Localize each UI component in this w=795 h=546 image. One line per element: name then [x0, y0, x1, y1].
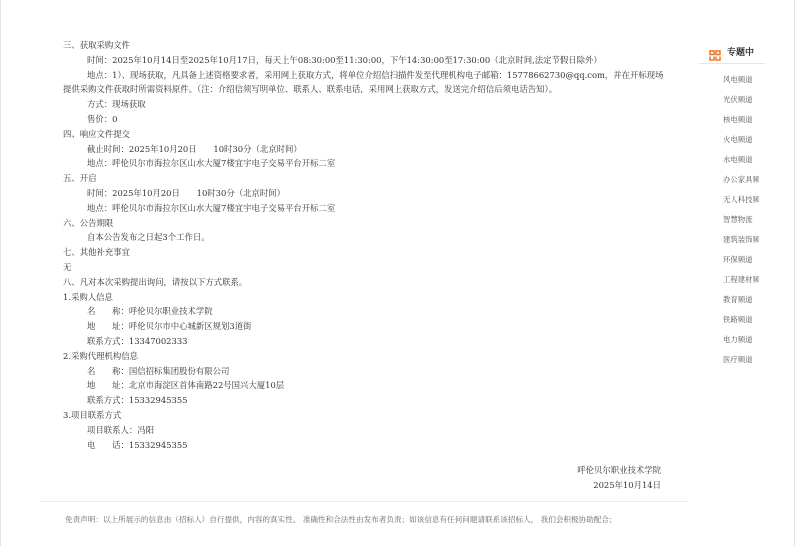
buyer-address: 地 址：呼伦贝尔市中心城新区规划3道街 — [63, 319, 667, 334]
sidebar-item-building-materials[interactable]: 工程建材频道 — [723, 275, 759, 295]
sidebar-item-hydro[interactable]: 水电频道 — [723, 155, 759, 175]
sidebar-item-office-furniture[interactable]: 办公家具频道 — [723, 175, 759, 195]
sidebar-item-wind[interactable]: 风电频道 — [723, 75, 759, 95]
sidebar-item-thermal[interactable]: 火电频道 — [723, 135, 759, 155]
sidebar-item-medical[interactable]: 医疗频道 — [723, 355, 759, 375]
sidebar-item-unmanned-tech[interactable]: 无人科技频道 — [723, 195, 759, 215]
sidebar-item-power[interactable]: 电力频道 — [723, 335, 759, 355]
project-phone: 电 话：15332945355 — [63, 438, 667, 453]
buyer-name: 名 称：呼伦贝尔职业技术学院 — [63, 304, 667, 319]
s4-deadline: 截止时间：2025年10月20日 10时30分（北京时间） — [63, 142, 667, 157]
s6-text: 自本公告发布之日起3个工作日。 — [63, 230, 667, 245]
agent-name: 名 称：国信招标集团股份有限公司 — [63, 364, 667, 379]
s3-price: 售价：0 — [63, 112, 667, 127]
sidebar-title: 专题中 — [727, 45, 754, 58]
sidebar-item-smart-logistics[interactable]: 智慧物流 — [723, 215, 759, 235]
announcement-body: 三、获取采购文件 时间：2025年10月14日至2025年10月17日，每天上午… — [63, 38, 667, 452]
project-contact-title: 3.项目联系方式 — [63, 408, 667, 423]
section-8-title: 八、凡对本次采购提出询问，请按以下方式联系。 — [63, 275, 667, 290]
agent-info-title: 2.采购代理机构信息 — [63, 349, 667, 364]
signature-block: 呼伦贝尔职业技术学院 2025年10月14日 — [577, 463, 661, 492]
s3-time: 时间：2025年10月14日至2025年10月17日，每天上午08:30:00至… — [63, 53, 667, 68]
section-4-title: 四、响应文件提交 — [63, 127, 667, 142]
sidebar-item-environmental[interactable]: 环保频道 — [723, 255, 759, 275]
footer-divider — [39, 501, 689, 502]
sidebar-item-building-decoration[interactable]: 建筑装饰频道 — [723, 235, 759, 255]
disclaimer-text: 免责声明：以上所展示的信息由（招标人）自行提供，内容的真实性、 准确性和合法性由… — [65, 514, 617, 525]
s3-place: 地点：1）、现场获取，凡具备上述资格要求者，采用网上获取方式，将单位介绍信扫描件… — [63, 68, 667, 98]
sidebar-header: 专题中 — [699, 40, 765, 64]
agent-contact: 联系方式：15332945355 — [63, 393, 667, 408]
signature-date: 2025年10月14日 — [577, 478, 661, 493]
s4-place: 地点：呼伦贝尔市海拉尔区山水大厦7楼宜宇电子交易平台开标二室 — [63, 156, 667, 171]
sidebar-item-railway[interactable]: 铁路频道 — [723, 315, 759, 335]
section-5-title: 五、开启 — [63, 171, 667, 186]
project-person: 项目联系人：冯阳 — [63, 423, 667, 438]
sidebar-item-education[interactable]: 教育频道 — [723, 295, 759, 315]
sidebar-item-nuclear[interactable]: 核电频道 — [723, 115, 759, 135]
topic-grid-icon — [709, 46, 721, 57]
signature-org: 呼伦贝尔职业技术学院 — [577, 463, 661, 478]
topic-sidebar: 专题中 风电频道 光伏频道 核电频道 火电频道 水电频道 办公家具频道 无人科技… — [699, 40, 765, 375]
section-3-title: 三、获取采购文件 — [63, 38, 667, 53]
s3-method: 方式：现场获取 — [63, 97, 667, 112]
s5-place: 地点：呼伦贝尔市海拉尔区山水大厦7楼宜宇电子交易平台开标二室 — [63, 201, 667, 216]
buyer-contact: 联系方式：13347002333 — [63, 334, 667, 349]
sidebar-channel-list: 风电频道 光伏频道 核电频道 火电频道 水电频道 办公家具频道 无人科技频道 智… — [699, 75, 765, 375]
agent-address: 地 址：北京市海淀区首体南路22号国兴大厦10层 — [63, 378, 667, 393]
buyer-info-title: 1.采购人信息 — [63, 290, 667, 305]
s5-time: 时间：2025年10月20日 10时30分（北京时间） — [63, 186, 667, 201]
s7-text: 无 — [63, 260, 667, 275]
sidebar-item-solar[interactable]: 光伏频道 — [723, 95, 759, 115]
section-6-title: 六、公告期限 — [63, 216, 667, 231]
section-7-title: 七、其他补充事宜 — [63, 245, 667, 260]
